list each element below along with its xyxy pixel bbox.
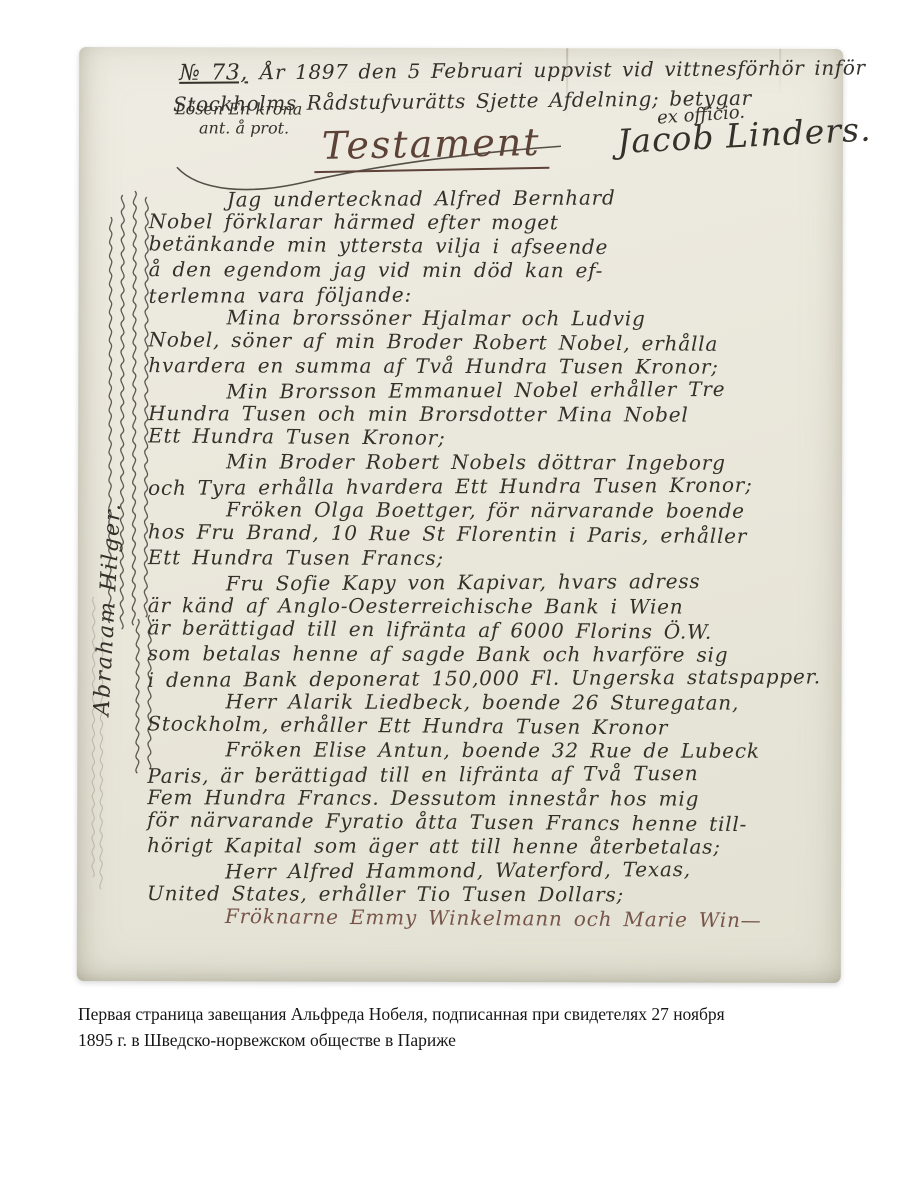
manuscript-line: Fröken Elise Antun, boende 32 Rue de Lub… (147, 737, 843, 763)
testament-title: Testament (313, 120, 548, 173)
manuscript-line: hvardera en summa af Två Hundra Tusen Kr… (148, 353, 844, 379)
manuscript-line: Nobel, söner af min Broder Robert Nobel,… (148, 327, 844, 356)
manuscript-line: Fem Hundra Francs. Dessutom innestår hos… (147, 785, 843, 811)
manuscript-line: terlemna vara följande: (149, 280, 845, 308)
manuscript-line: för närvarande Fyratio åtta Tusen Francs… (147, 807, 843, 836)
manuscript-line: hos Fru Brand, 10 Rue St Florentin i Par… (148, 519, 844, 548)
notary-signature: Jacob Linders. (616, 109, 872, 161)
manuscript-line: Mina brorssöner Hjalmar och Ludvig (148, 305, 844, 331)
will-photograph: № 73,År 1897 den 5 Februari uppvist vid … (77, 47, 843, 983)
paper-crease (779, 49, 781, 95)
manuscript-line: Stockholm, erhåller Ett Hundra Tusen Kro… (147, 711, 843, 740)
fee-note: Lösen En krona ant. å prot. (175, 99, 302, 137)
manuscript-line: Fröken Olga Boettger, för närvarande boe… (148, 497, 844, 523)
paper-crease (566, 48, 568, 120)
manuscript-line: och Tyra erhålla hvardera Ett Hundra Tus… (148, 472, 844, 500)
manuscript-line: å den egendom jag vid min död kan ef- (149, 257, 845, 283)
manuscript-line: Fru Sofie Kapy von Kapivar, hvars adress (148, 568, 844, 596)
manuscript-line: betänkande min yttersta vilja i afseende (149, 231, 845, 260)
manuscript-line: Hundra Tusen och min Brorsdotter Mina No… (148, 401, 844, 427)
manuscript-line: Min Brorsson Emmanuel Nobel erhåller Tre (148, 376, 844, 404)
manuscript-line: i denna Bank deponerat 150,000 Fl. Unger… (148, 664, 844, 692)
case-number: № 73, (179, 60, 248, 86)
manuscript-line: United States, erhåller Tio Tusen Dollar… (147, 881, 843, 907)
manuscript-line: hörigt Kapital som äger att till henne å… (147, 833, 843, 859)
manuscript-body: Jag undertecknad Alfred BernhardNobel fö… (147, 185, 845, 931)
caption-line-2: 1895 г. в Шведско-норвежском обществе в … (78, 1027, 818, 1053)
registration-text: År 1897 den 5 Februari uppvist vid vittn… (260, 55, 866, 84)
manuscript-line: Ett Hundra Tusen Francs; (148, 545, 844, 571)
manuscript-line: Herr Alarik Liedbeck, boende 26 Sturegat… (147, 689, 843, 715)
manuscript-line: Ett Hundra Tusen Kronor; (148, 423, 844, 452)
manuscript-line: Jag undertecknad Alfred Bernhard (149, 184, 845, 212)
manuscript-line: Paris, är berättigad till en lifränta af… (147, 760, 843, 788)
manuscript-line: är känd af Anglo-Oesterreichische Bank i… (148, 593, 844, 619)
manuscript-line: Nobel förklarar härmed efter moget (149, 209, 845, 235)
manuscript-line: Fröknarne Emmy Winkelmann och Marie Win— (147, 903, 843, 932)
manuscript-line: Herr Alfred Hammond, Waterford, Texas, (147, 856, 843, 884)
manuscript-line: Min Broder Robert Nobels döttrar Ingebor… (148, 449, 844, 475)
manuscript-line: är berättigad till en lifränta af 6000 F… (148, 615, 844, 644)
manuscript-line: som betalas henne af sagde Bank och hvar… (148, 641, 844, 667)
registration-line-1: № 73,År 1897 den 5 Februari uppvist vid … (179, 55, 866, 85)
photo-caption: Первая страница завещания Альфреда Нобел… (78, 1001, 818, 1053)
caption-line-1: Первая страница завещания Альфреда Нобел… (78, 1001, 818, 1027)
fee-note-line-1: Lösen En krona (175, 99, 302, 118)
